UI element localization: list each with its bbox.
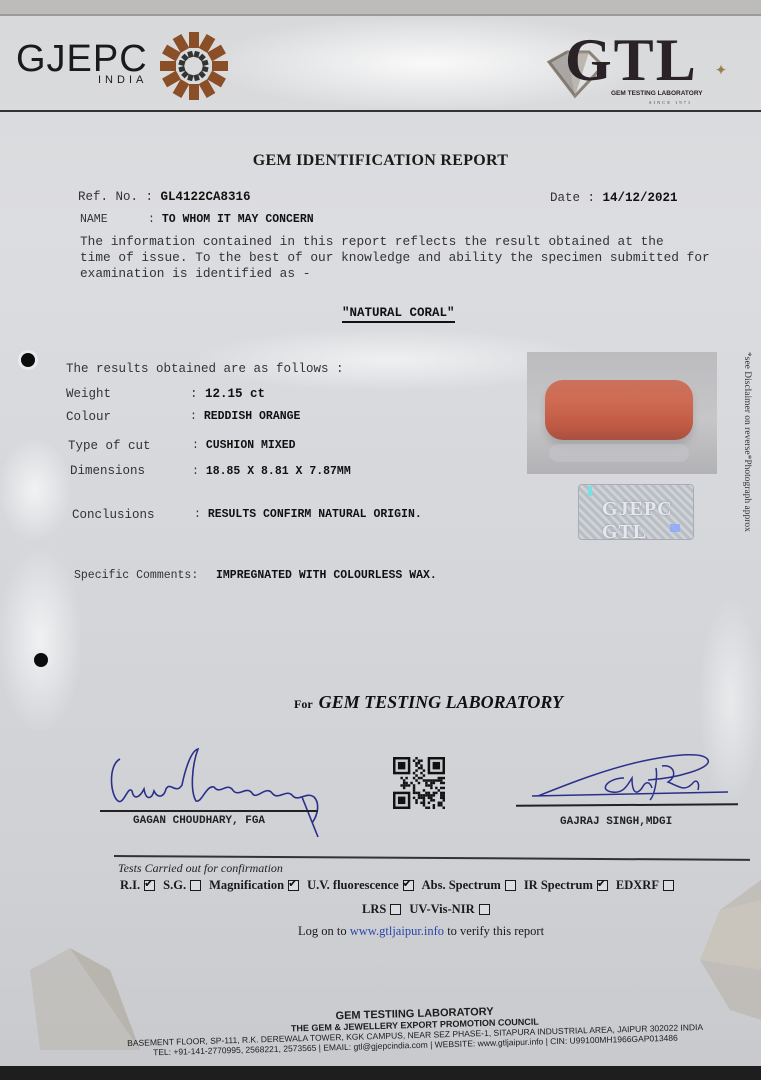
- specimen-reflection: [549, 444, 689, 462]
- header-divider: [0, 110, 761, 112]
- signatory-right-name: GAJRAJ SINGH,MDGI: [560, 816, 672, 828]
- sun-ray: [189, 84, 199, 100]
- field-value-dimensions: 18.85 X 8.81 X 7.87MM: [206, 465, 351, 478]
- verify-link[interactable]: www.gtljaipur.info: [350, 924, 444, 938]
- sun-ray-inner: [187, 74, 193, 81]
- gtl-since: SINCE 1971: [649, 100, 692, 105]
- gjepc-sun-icon: [158, 30, 230, 102]
- checked-checkbox[interactable]: [288, 880, 299, 891]
- coral-specimen-image: [545, 380, 693, 440]
- unchecked-checkbox[interactable]: [479, 904, 490, 915]
- logon-suffix: to verify this report: [447, 924, 544, 938]
- unchecked-checkbox[interactable]: [390, 904, 401, 915]
- sun-ray: [160, 61, 176, 71]
- test-lrs: LRS: [362, 902, 401, 917]
- field-weight: : 12.15 ct: [190, 387, 265, 401]
- qr-code[interactable]: [393, 757, 445, 809]
- intro-line: examination is identified as -: [80, 266, 310, 281]
- test-abs-spectrum: Abs. Spectrum: [422, 878, 516, 893]
- specimen-photo: [527, 352, 717, 474]
- sun-ray: [212, 61, 228, 71]
- gtl-wordmark: GTL: [565, 30, 698, 90]
- gtl-subtext: GEM TESTING LABORATORY: [611, 90, 703, 97]
- field-label-dimensions: Dimensions: [70, 464, 145, 478]
- field-value-weight: 12.15 ct: [205, 387, 265, 401]
- test-label: EDXRF: [616, 878, 659, 893]
- checked-checkbox[interactable]: [144, 880, 155, 891]
- test-label: R.I.: [120, 878, 140, 893]
- comments-row: IMPREGNATED WITH COLOURLESS WAX.: [216, 569, 437, 582]
- field-label-cut: Type of cut: [68, 439, 151, 453]
- binder-hole: [34, 653, 48, 667]
- field-label-weight: Weight: [66, 387, 111, 401]
- intro-line: The information contained in this report…: [80, 234, 664, 249]
- field-value-colour: REDDISH ORANGE: [204, 410, 301, 423]
- verify-text: Log on to www.gtljaipur.info to verify t…: [298, 924, 544, 939]
- hologram-sparkle: [588, 486, 592, 496]
- sun-ray: [189, 32, 199, 48]
- field-label-colour: Colour: [66, 410, 111, 424]
- signatory-left-name: GAGAN CHOUDHARY, FGA: [133, 815, 265, 827]
- gtl-logo: GTL ✦ GEM TESTING LABORATORY SINCE 1971: [545, 30, 745, 108]
- field-value-cut: CUSHION MIXED: [206, 439, 296, 452]
- unchecked-checkbox[interactable]: [663, 880, 674, 891]
- signatory-heading: ForGEM TESTING LABORATORY: [294, 692, 563, 713]
- conclusions-value: RESULTS CONFIRM NATURAL ORIGIN.: [208, 508, 422, 521]
- gjepc-subtext: INDIA: [98, 74, 147, 86]
- gjepc-logo: GJEPC INDIA: [16, 40, 230, 102]
- unchecked-checkbox[interactable]: [505, 880, 516, 891]
- hologram-text: GJEPC GTL: [602, 498, 694, 540]
- conclusions-label: Conclusions: [72, 508, 155, 522]
- test-ir-spectrum: IR Spectrum: [524, 878, 608, 893]
- background-surface: [0, 0, 761, 14]
- name-value: TO WHOM IT MAY CONCERN: [162, 213, 314, 226]
- signature-line-left: [100, 810, 318, 812]
- report-title: GEM IDENTIFICATION REPORT: [0, 152, 761, 170]
- test-label: U.V. fluorescence: [307, 878, 399, 893]
- checked-checkbox[interactable]: [597, 880, 608, 891]
- gjepc-wordmark: GJEPC: [16, 40, 148, 78]
- test-edxrf: EDXRF: [616, 878, 674, 893]
- identification-result: "NATURAL CORAL": [342, 306, 455, 323]
- unchecked-checkbox[interactable]: [190, 880, 201, 891]
- tests-row-1: R.I.S.G.MagnificationU.V. fluorescenceAb…: [120, 878, 682, 893]
- tests-title: Tests Carried out for confirmation: [118, 861, 283, 876]
- checked-checkbox[interactable]: [403, 880, 414, 891]
- field-cut: : CUSHION MIXED: [192, 439, 296, 452]
- name-row: : TO WHOM IT MAY CONCERN: [148, 213, 314, 226]
- comments-value: IMPREGNATED WITH COLOURLESS WAX.: [216, 569, 437, 582]
- logon-prefix: Log on to: [298, 924, 347, 938]
- background-surface: [0, 1066, 761, 1080]
- name-label: NAME: [80, 213, 108, 226]
- test-magnification: Magnification: [209, 878, 299, 893]
- test-label: S.G.: [163, 878, 186, 893]
- for-prefix: For: [294, 697, 313, 711]
- test-r-i: R.I.: [120, 878, 155, 893]
- test-uv-vis-nir: UV-Vis-NIR: [409, 902, 489, 917]
- photo-disclaimer: *see Disclaimer on reverse*Photograph ap…: [742, 352, 752, 572]
- conclusions-row: : RESULTS CONFIRM NATURAL ORIGIN.: [194, 508, 422, 521]
- field-colour: : REDDISH ORANGE: [190, 410, 300, 423]
- date-label: Date: [550, 191, 580, 205]
- results-intro: The results obtained are as follows :: [66, 362, 344, 376]
- comments-label: Specific Comments:: [74, 569, 198, 582]
- for-lab-name: GEM TESTING LABORATORY: [319, 692, 563, 712]
- test-label: Magnification: [209, 878, 284, 893]
- test-label: Abs. Spectrum: [422, 878, 501, 893]
- security-hologram: GJEPC GTL: [578, 484, 694, 540]
- report-date: Date : 14/12/2021: [550, 191, 678, 205]
- test-label: UV-Vis-NIR: [409, 902, 474, 917]
- tests-row-2: LRSUV-Vis-NIR: [362, 902, 498, 917]
- star-icon: ✦: [715, 56, 727, 82]
- ref-label: Ref. No.: [78, 190, 138, 204]
- binder-hole: [21, 353, 35, 367]
- test-label: LRS: [362, 902, 386, 917]
- ref-number: Ref. No. : GL4122CA8316: [78, 190, 251, 204]
- signature-gajraj: [528, 748, 738, 808]
- date-value: 14/12/2021: [603, 191, 678, 205]
- field-dimensions: : 18.85 X 8.81 X 7.87MM: [192, 465, 351, 478]
- ref-value: GL4122CA8316: [161, 190, 251, 204]
- test-s-g: S.G.: [163, 878, 201, 893]
- test-u-v-fluorescence: U.V. fluorescence: [307, 878, 414, 893]
- sun-ray-inner: [187, 51, 193, 58]
- test-label: IR Spectrum: [524, 878, 593, 893]
- intro-line: time of issue. To the best of our knowle…: [80, 250, 710, 265]
